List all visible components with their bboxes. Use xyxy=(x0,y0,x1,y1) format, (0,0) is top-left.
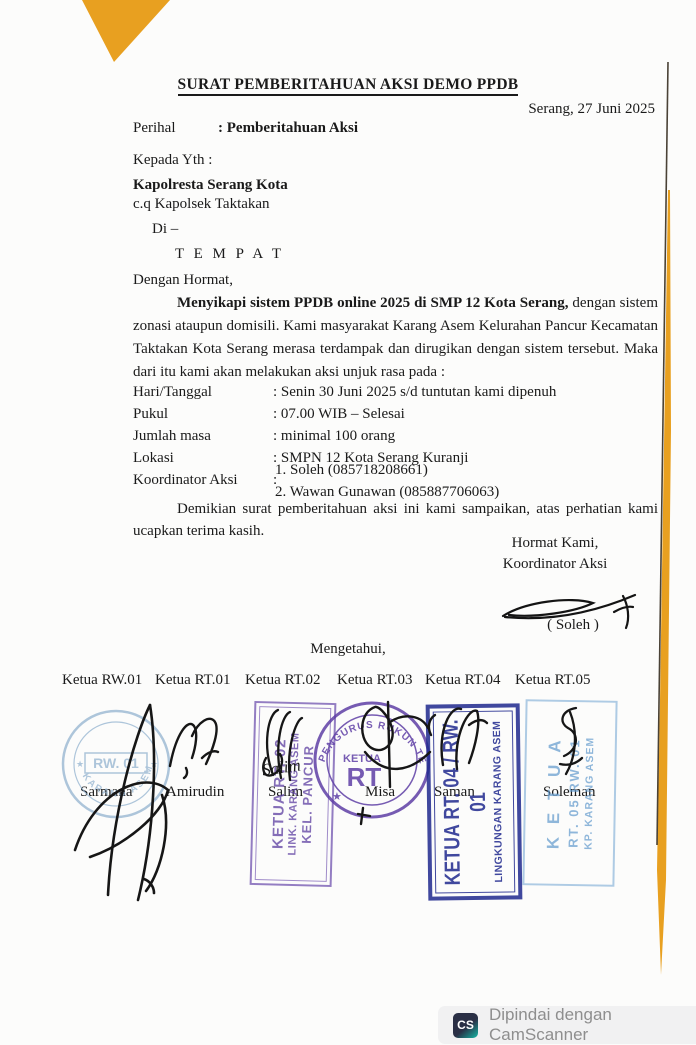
detail-row-jumlah: Jumlah masa: minimal 100 orang xyxy=(133,425,658,447)
camscanner-label: Dipindai dengan CamScanner xyxy=(489,1005,696,1045)
coordinator-1: 1. Soleh (085718208661) xyxy=(275,459,499,481)
perihal-label: Perihal xyxy=(133,120,218,137)
signoff-line1: Hormat Kami, xyxy=(455,533,655,554)
saman-signature xyxy=(425,695,500,790)
page-edge-line xyxy=(657,62,668,845)
greeting: Dengan Hormat, xyxy=(133,272,233,289)
signoff-block: Hormat Kami, Koordinator Aksi xyxy=(455,533,655,575)
title-ketua-rt03: Ketua RT.03 xyxy=(337,672,412,689)
soleh-signature xyxy=(495,580,650,632)
camscanner-watermark-bar: CS Dipindai dengan CamScanner xyxy=(438,1006,696,1044)
misa-signature xyxy=(330,692,440,837)
letter-title: SURAT PEMBERITAHUAN AKSI DEMO PPDB xyxy=(0,76,696,94)
perihal-row: Perihal : Pemberitahuan Aksi xyxy=(133,120,358,137)
detail-row-hari: Hari/Tanggal: Senin 30 Juni 2025 s/d tun… xyxy=(133,381,658,403)
title-ketua-rt02: Ketua RT.02 xyxy=(245,672,320,689)
perihal-value: : Pemberitahuan Aksi xyxy=(218,120,358,137)
addressee-salute: Kepada Yth : xyxy=(133,152,212,169)
detail-row-pukul: Pukul: 07.00 WIB – Selesai xyxy=(133,403,658,425)
title-ketua-rt04: Ketua RT.04 xyxy=(425,672,500,689)
opening-bold: Menyikapi sistem PPDB online 2025 di SMP… xyxy=(177,295,569,311)
coordinator-list: 1. Soleh (085718208661) 2. Wawan Gunawan… xyxy=(275,459,499,503)
amirudin-signature xyxy=(162,706,237,781)
title-ketua-rw01: Ketua RW.01 xyxy=(62,672,142,689)
title-ketua-rt01: Ketua RT.01 xyxy=(155,672,230,689)
salim-signature xyxy=(248,700,318,815)
camscanner-icon: CS xyxy=(453,1013,478,1038)
signoff-line2: Koordinator Aksi xyxy=(455,554,655,575)
addressee-di: Di – xyxy=(152,221,178,238)
orange-corner-top-left xyxy=(82,0,170,62)
orange-right-wedge xyxy=(657,190,671,975)
soleman-signature xyxy=(538,700,598,785)
mengetahui-label: Mengetahui, xyxy=(0,641,696,658)
addressee-cq: c.q Kapolsek Taktakan xyxy=(133,196,270,213)
scanned-letter-page: SURAT PEMBERITAHUAN AKSI DEMO PPDB Seran… xyxy=(0,0,696,1045)
place-date: Serang, 27 Juni 2025 xyxy=(528,101,655,118)
addressee-name: Kapolresta Serang Kota xyxy=(133,177,288,194)
sarmana-signature xyxy=(50,695,180,910)
addressee-tempat: T E M P A T xyxy=(175,246,284,263)
opening-paragraph: Menyikapi sistem PPDB online 2025 di SMP… xyxy=(133,292,658,384)
title-ketua-rt05: Ketua RT.05 xyxy=(515,672,590,689)
